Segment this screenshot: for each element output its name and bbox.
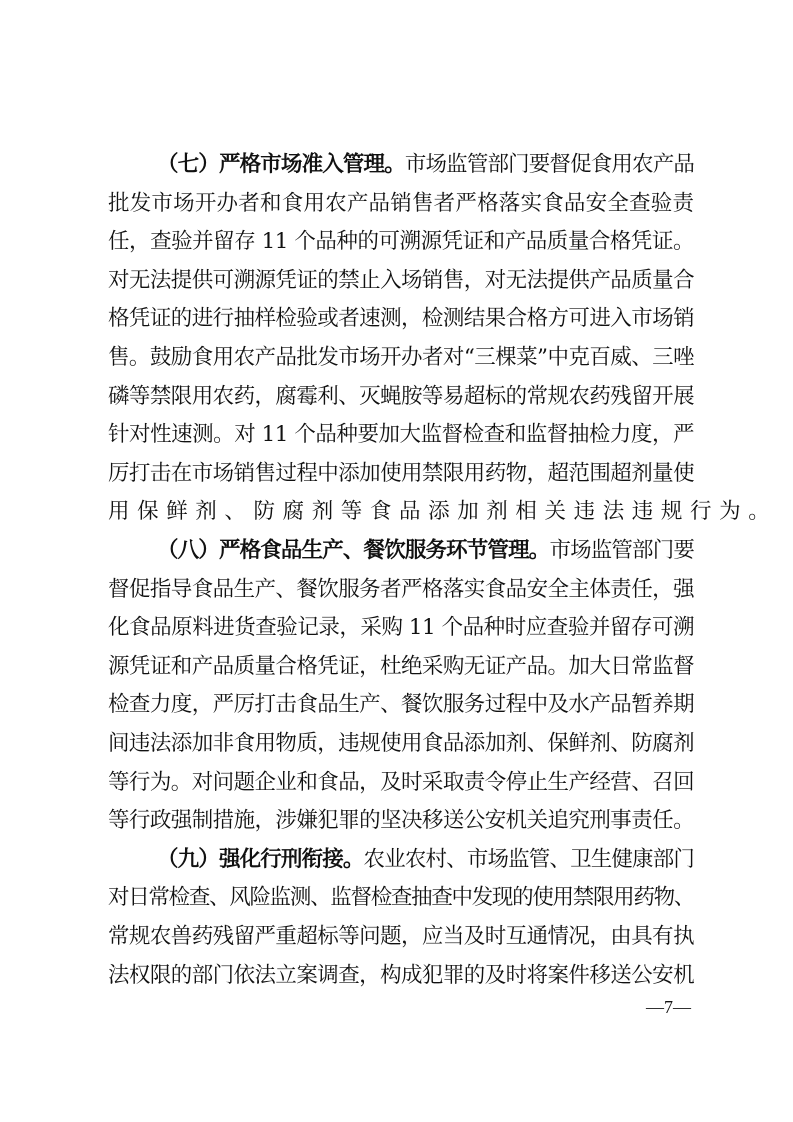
document-page: （七）严格市场准入管理。市场监管部门要督促食用农产品 批发市场开办者和食用农产品… <box>0 0 793 1122</box>
paragraph-line: 等行政强制措施，涉嫌犯罪的坚决移送公安机关追究刑事责任。 <box>108 806 694 836</box>
paragraph-line: （八）严格食品生产、餐饮服务环节管理。市场监管部门要 <box>157 536 694 566</box>
paragraph-line: 批发市场开办者和食用农产品销售者严格落实食品安全查验责 <box>108 189 694 219</box>
paragraph-line: 任，查验并留存 11 个品种的可溯源凭证和产品质量合格凭证。 <box>108 227 694 257</box>
page-number: —7— <box>646 997 691 1018</box>
paragraph-line: 用保鲜剂、防腐剂等食品添加剂相关违法违规行为。 <box>108 497 694 527</box>
section-heading: （七）严格市场准入管理。 <box>157 152 405 177</box>
paragraph-line: （九）强化行刑衔接。农业农村、市场监管、卫生健康部门 <box>157 845 694 875</box>
paragraph-text: 市场监管部门要 <box>549 538 694 563</box>
paragraph-line: 督促指导食品生产、餐饮服务者严格落实食品安全主体责任，强 <box>108 575 694 605</box>
paragraph-text: 农业农村、市场监管、卫生健康部门 <box>364 847 694 872</box>
paragraph-line: 厉打击在市场销售过程中添加使用禁限用药物，超范围超剂量使 <box>108 459 694 489</box>
section-heading: （九）强化行刑衔接。 <box>157 847 364 872</box>
paragraph-line: 常规农兽药残留严重超标等问题，应当及时互通情况，由具有执 <box>108 922 694 952</box>
paragraph-line: 售。鼓励食用农产品批发市场开办者对“三棵菜”中克百威、三唑 <box>108 343 694 373</box>
paragraph-text: 市场监管部门要督促食用农产品 <box>405 152 694 177</box>
paragraph-line: 格凭证的进行抽样检验或者速测，检测结果合格方可进入市场销 <box>108 304 694 334</box>
paragraph-line: 源凭证和产品质量合格凭证，杜绝采购无证产品。加大日常监督 <box>108 652 694 682</box>
section-heading: （八）严格食品生产、餐饮服务环节管理。 <box>157 538 549 563</box>
paragraph-line: 针对性速测。对 11 个品种要加大监督检查和监督抽检力度，严 <box>108 420 694 450</box>
paragraph-line: （七）严格市场准入管理。市场监管部门要督促食用农产品 <box>157 150 694 180</box>
paragraph-line: 间违法添加非食用物质，违规使用食品添加剂、保鲜剂、防腐剂 <box>108 729 694 759</box>
paragraph-line: 磷等禁限用农药，腐霉利、灭蝇胺等易超标的常规农药残留开展 <box>108 382 694 412</box>
paragraph-line: 检查力度，严厉打击食品生产、餐饮服务过程中及水产品暂养期 <box>108 690 694 720</box>
paragraph-line: 等行为。对问题企业和食品，及时采取责令停止生产经营、召回 <box>108 768 694 798</box>
paragraph-line: 法权限的部门依法立案调查，构成犯罪的及时将案件移送公安机 <box>108 961 694 991</box>
paragraph-line: 对日常检查、风险监测、监督检查抽查中发现的使用禁限用药物、 <box>108 883 694 913</box>
paragraph-line: 化食品原料进货查验记录，采购 11 个品种时应查验并留存可溯 <box>108 613 694 643</box>
paragraph-line: 对无法提供可溯源凭证的禁止入场销售，对无法提供产品质量合 <box>108 266 694 296</box>
